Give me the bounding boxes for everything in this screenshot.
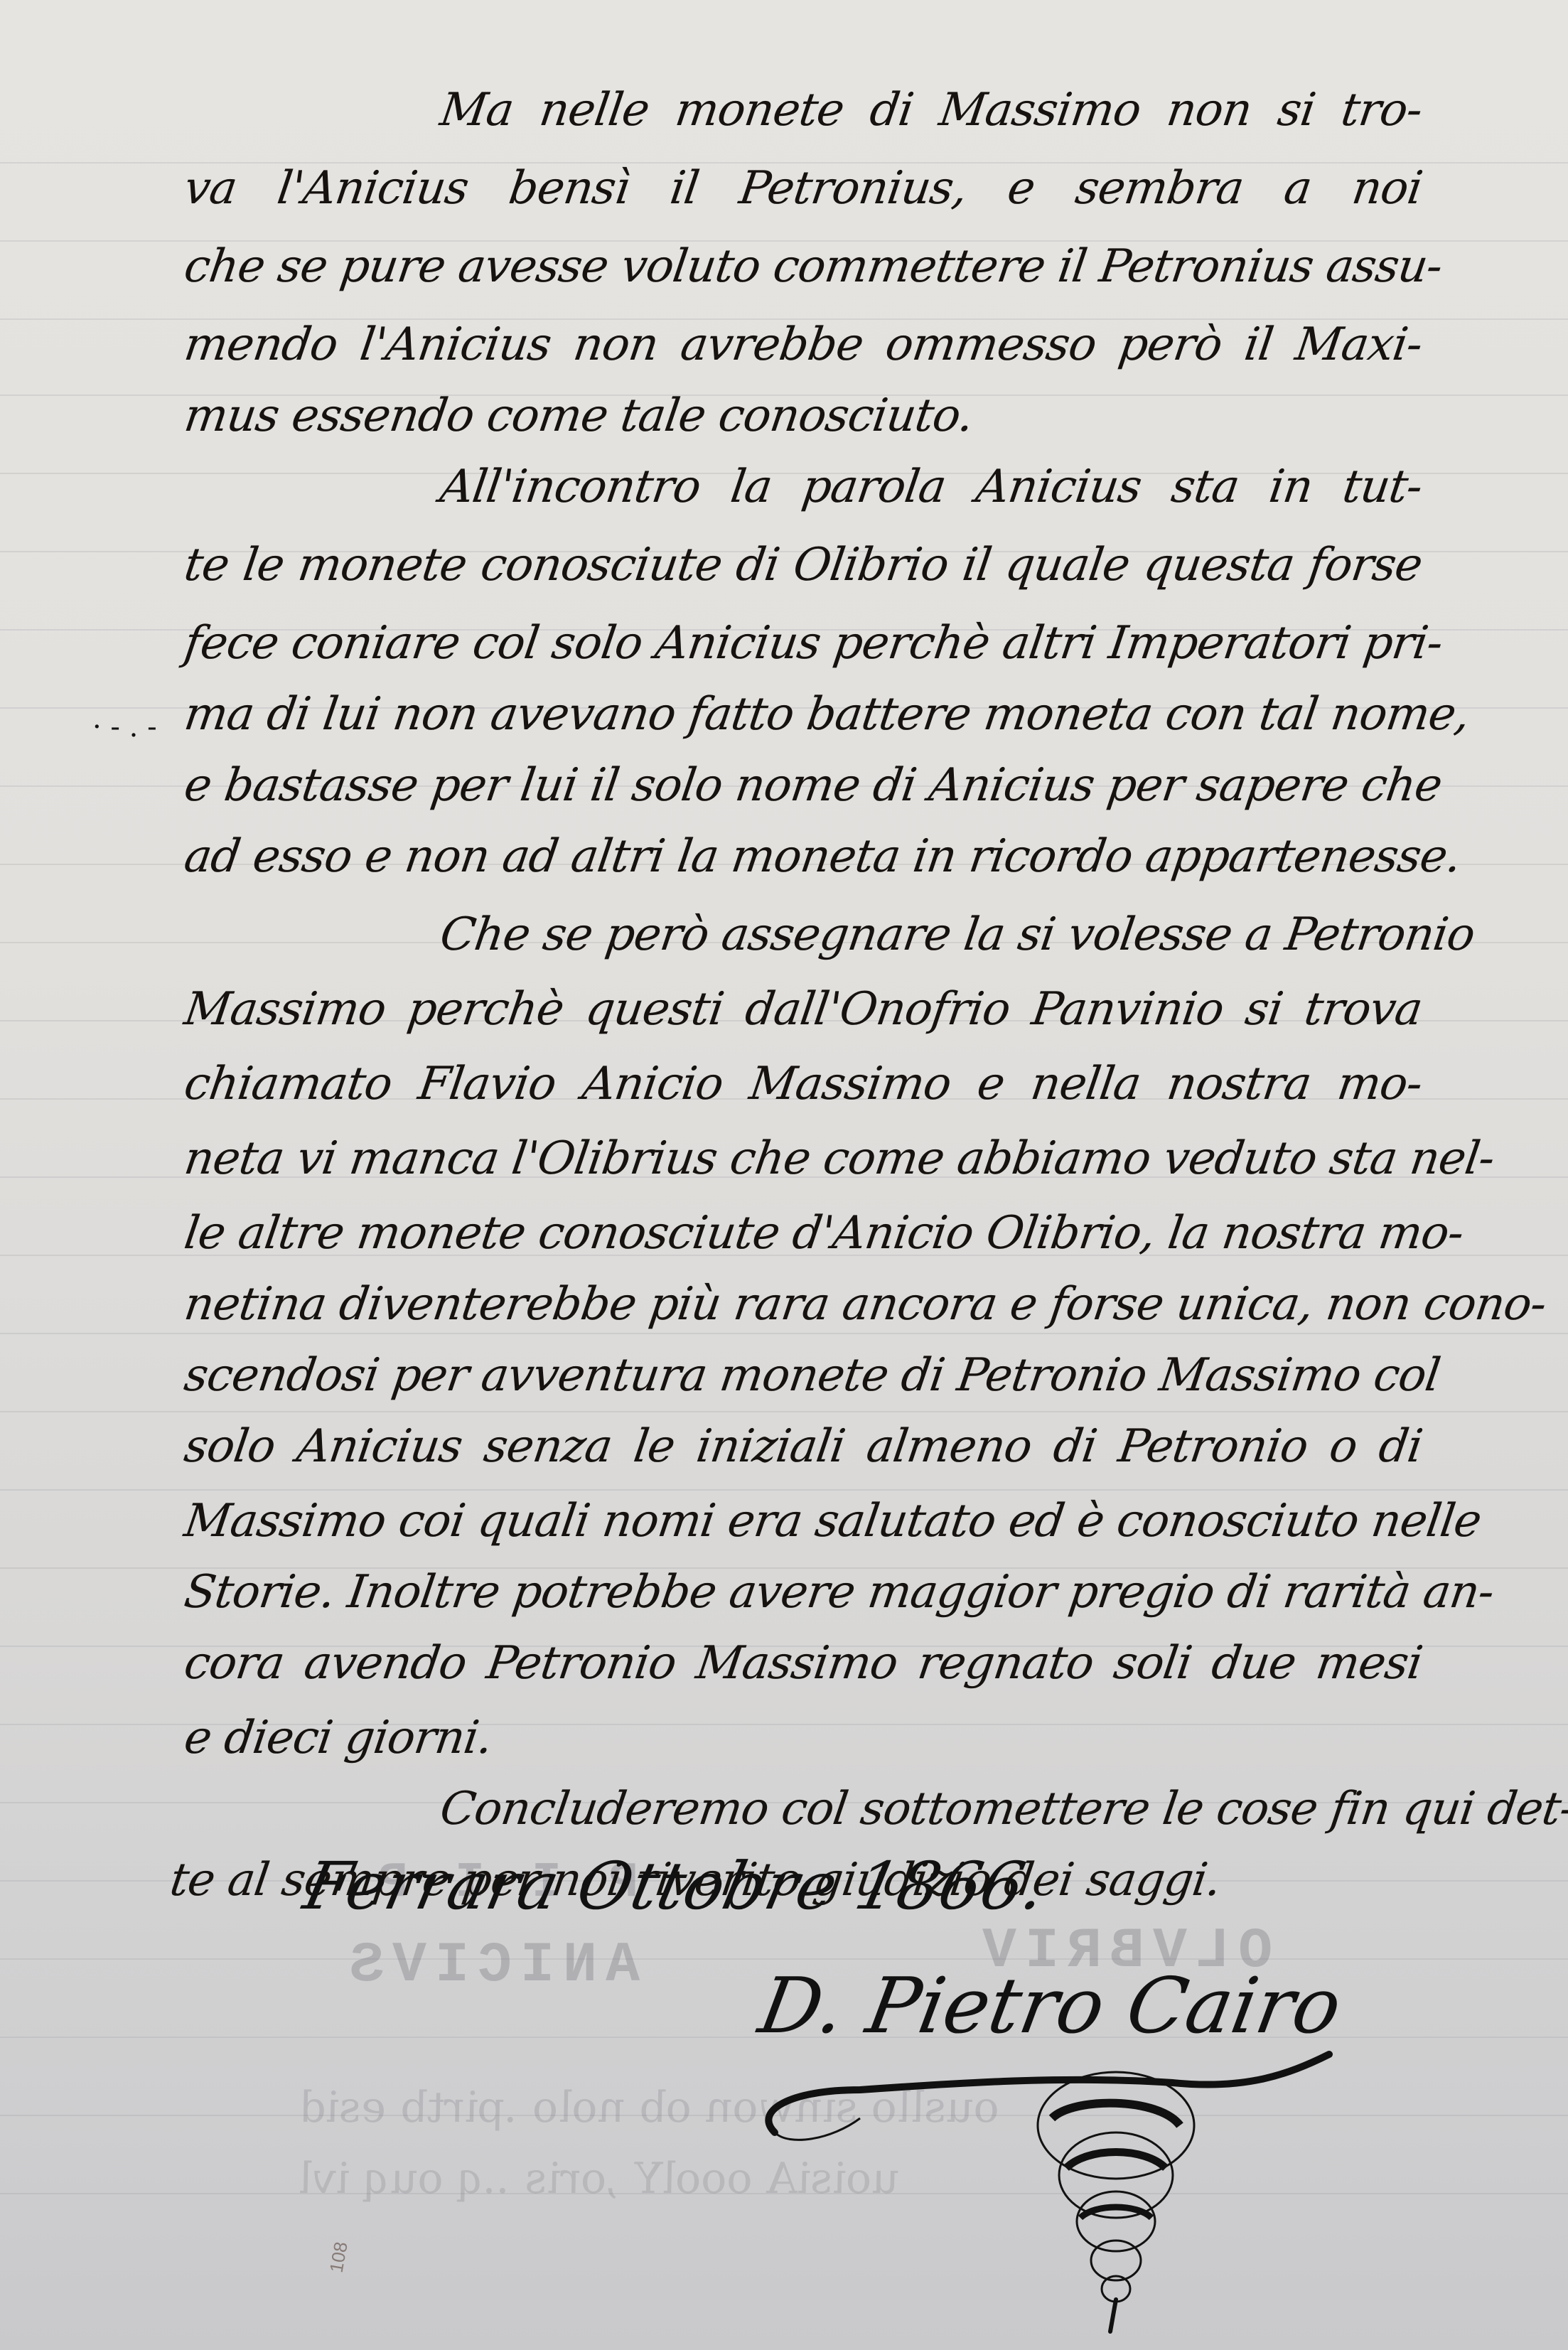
text-line: mus essendo come tale conosciuto.: [181, 384, 977, 448]
place-date: Ferrara Ottobre 1866.: [298, 1848, 1053, 1924]
signature: D. Pietro Cairo: [753, 1962, 1348, 2051]
rule-line: [0, 1411, 1568, 1412]
text-line: che se pure avesse voluto commettere il …: [181, 235, 1427, 299]
text-line: mendo l'Anicius non avrebbe ommesso però…: [181, 313, 1427, 377]
text-line: scendosi per avventura monete di Petroni…: [181, 1343, 1427, 1407]
text-line: Massimo coi quali nomi era salutato ed è…: [181, 1489, 1427, 1553]
text-line: Massimo perchè questi dall'Onofrio Panvi…: [181, 977, 1427, 1041]
text-line: chiamato Flavio Anicio Massimo e nella n…: [181, 1052, 1427, 1116]
text-line: Storie. Inoltre potrebbe avere maggior p…: [181, 1560, 1427, 1624]
text-line: neta vi manca l'Olibrius che come abbiam…: [181, 1127, 1427, 1191]
text-line: Concluderemo col sottomettere le cose fi…: [436, 1777, 1427, 1841]
text-line: solo Anicius senza le iniziali almeno di…: [181, 1415, 1427, 1479]
text-line: le altre monete conosciute d'Anicio Olib…: [181, 1201, 1427, 1265]
manuscript-page: ANICIVS OLVBRIV P I I P ousllo sinwon ob…: [0, 0, 1568, 2350]
text-line: va l'Anicius bensì il Petronius, e sembr…: [181, 156, 1427, 220]
text-line: fece coniare col solo Anicius perchè alt…: [181, 611, 1427, 675]
text-line: te le monete conosciute di Olibrio il qu…: [181, 533, 1427, 597]
rule-line: [0, 1958, 1568, 1960]
margin-ink-marks: · - . -: [92, 711, 157, 744]
text-line: e bastasse per lui il solo nome di Anici…: [181, 753, 1427, 817]
text-line: Ma nelle monete di Massimo non si tro-: [436, 78, 1427, 142]
text-line: All'incontro la parola Anicius sta in tu…: [436, 455, 1427, 519]
text-line: e dieci giorni.: [181, 1706, 496, 1770]
text-line: ad esso e non ad altri la moneta in rico…: [181, 825, 1341, 889]
text-line: cora avendo Petronio Massimo regnato sol…: [181, 1631, 1427, 1695]
page-number-mark: 108: [326, 2240, 353, 2274]
text-line: Che se però assegnare la si volesse a Pe…: [436, 903, 1370, 967]
text-line: ma di lui non avevano fatto battere mone…: [181, 682, 1427, 746]
signature-flourish-icon: [746, 2047, 1386, 2346]
bleed-through-stamp-anicius: ANICIVS: [341, 1933, 640, 1998]
text-line: netina diventerebbe più rara ancora e fo…: [181, 1272, 1427, 1336]
